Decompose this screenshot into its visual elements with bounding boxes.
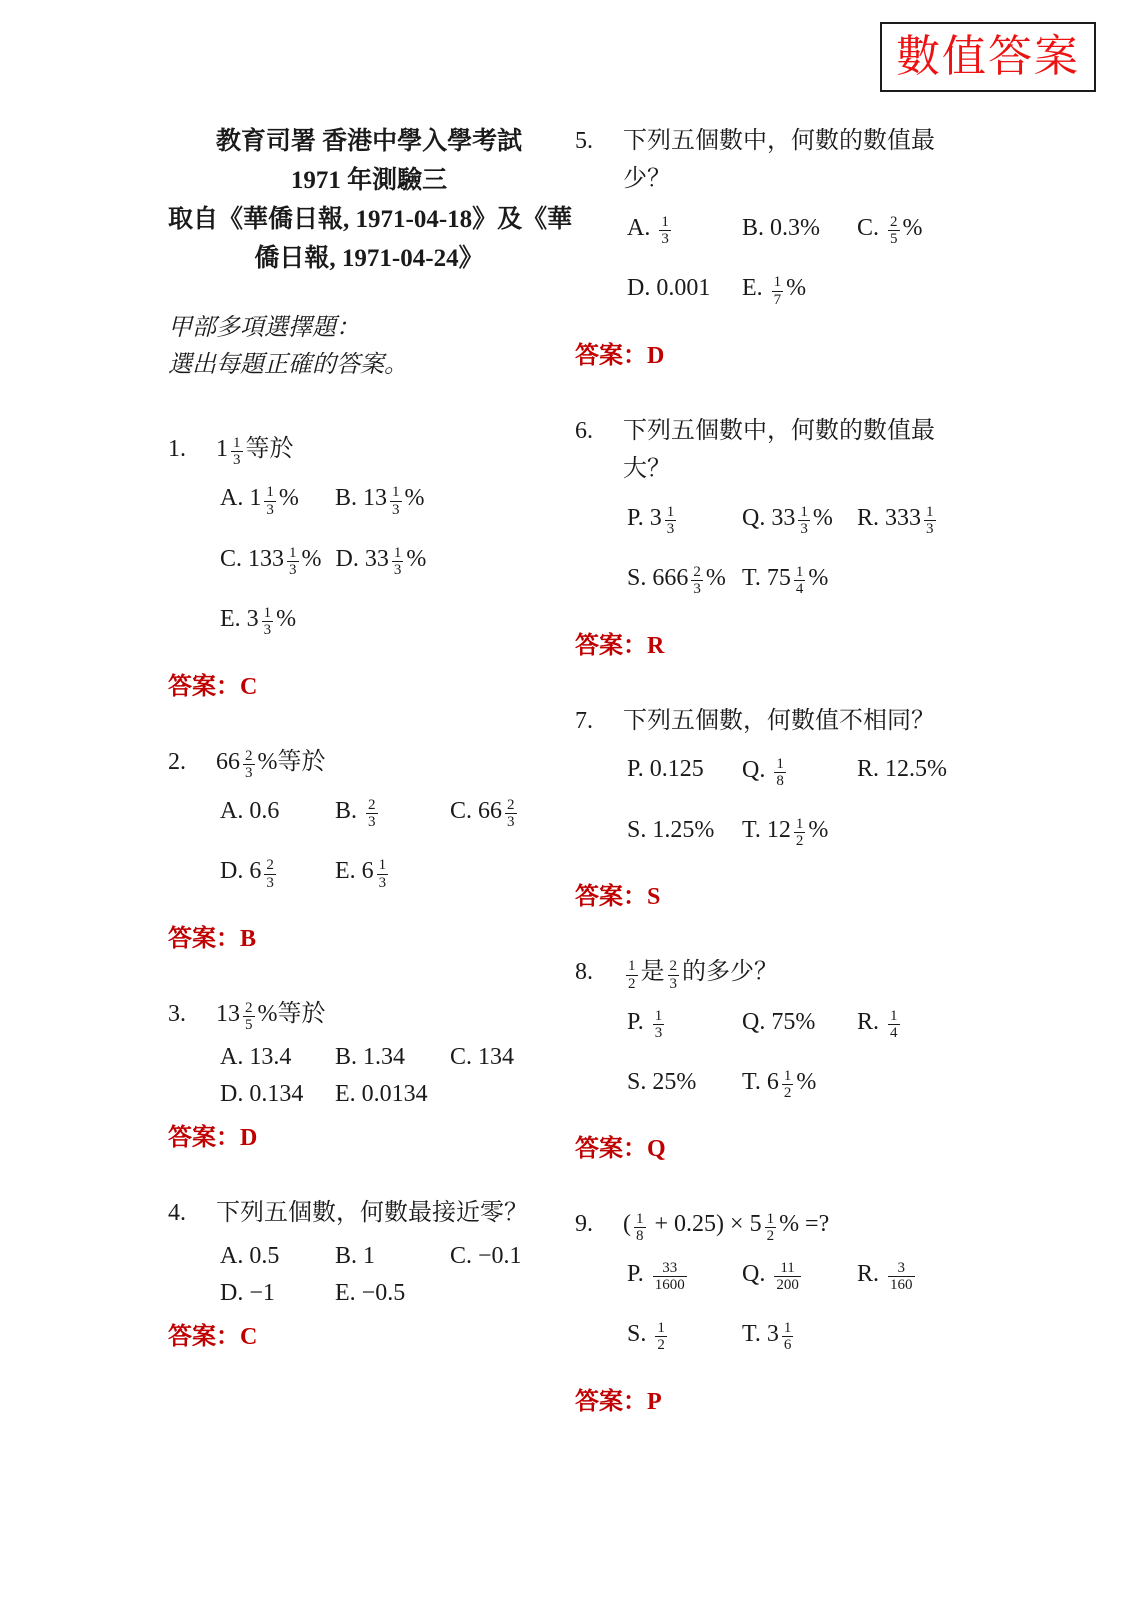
fraction: 23 [366,797,378,830]
answer-letter: D [647,343,664,369]
question-stem: 下列五個數中，何數的數值最大？ [623,412,935,488]
document-page: 數值答案 教育司署 香港中學入學考試 1971 年測驗三 取自《華僑日報, 19… [0,0,1131,1600]
fraction: 14 [888,1008,900,1041]
fraction: 12 [655,1320,667,1353]
option: D. 0.134 [220,1078,321,1111]
option-row: A. 113%B. 1313% [220,484,570,517]
fraction: 3160 [888,1260,915,1293]
fraction: 25 [243,1000,255,1033]
question-head: 9. (18 + 0.25) × 512% =? [575,1205,1035,1243]
fraction: 12 [765,1211,777,1244]
option: T. 316 [742,1320,843,1353]
option-row: A. 13.4B. 1.34C. 134 [220,1041,570,1074]
option-row: C. 13313%D. 3313% [220,545,570,578]
option: E. −0.5 [335,1277,436,1310]
question-head: 1. 113等於 [168,430,570,468]
option: S. 25% [627,1069,728,1096]
question-stem: 6623%等於 [216,743,326,781]
answer-label: 答案：C [168,666,570,701]
option-row: S. 66623%T. 7514% [627,564,1035,597]
option: S. 12 [627,1320,728,1353]
option: T. 1212% [742,816,843,849]
option-row: P. 331600Q. 11200R. 3160 [627,1260,1035,1293]
answer-letter: R [647,633,664,659]
exam-title-line-3: 取自《華僑日報, 1971-04-18》及《華 [168,200,570,239]
answer-label: 答案：R [575,625,1035,660]
question-stem-line: 大？ [623,450,935,488]
option: Q. 3313% [742,504,843,537]
question-options: P. 13Q. 75%R. 14S. 25%T. 612% [627,1008,1035,1102]
fraction: 23 [668,958,680,991]
option: B. 1 [335,1240,436,1273]
question-list-right: 5. 下列五個數中，何數的數值最少？ A. 13B. 0.3%C. 25%D. … [575,122,1035,1416]
exam-title-line-2: 1971 年測驗三 [168,161,570,200]
option: E. 17% [742,274,843,307]
answer-letter: P [647,1389,662,1415]
question-number: 4. [168,1194,216,1232]
question-number: 8. [575,953,623,991]
option: P. 13 [627,1008,728,1041]
question-stem-line: 下列五個數中，何數的數值最 [623,122,935,160]
fraction: 12 [782,1068,794,1101]
option: A. 0.6 [220,798,321,825]
question-stem-line: 下列五個數中，何數的數值最 [623,412,935,450]
question-stem-line: 113等於 [216,430,294,468]
option: A. 13 [627,214,728,247]
question-list-left: 1. 113等於 A. 113%B. 1313%C. 13313%D. 3313… [168,430,570,1351]
option-row: A. 0.5B. 1C. −0.1 [220,1240,570,1273]
answer-label: 答案：D [168,1117,570,1152]
option: Q. 18 [742,756,843,789]
instruction-line-1: 甲部多項選擇題： [168,310,570,347]
option: A. 113% [220,484,321,517]
fraction: 17 [772,274,784,307]
option: Q. 11200 [742,1260,843,1293]
question-options: P. 313Q. 3313%R. 33313S. 66623%T. 7514% [627,504,1035,598]
answer-label: 答案：C [168,1316,570,1351]
option-row: D. 623E. 613 [220,857,570,890]
answer-label: 答案：Q [575,1128,1035,1163]
question-head: 2. 6623%等於 [168,743,570,781]
question-options: A. 0.5B. 1C. −0.1D. −1E. −0.5 [220,1240,570,1310]
fraction: 13 [390,484,402,517]
fraction: 13 [665,504,677,537]
option: D. 3313% [336,545,437,578]
exam-title-line-1: 教育司署 香港中學入學考試 [168,122,570,161]
question: 1. 113等於 A. 113%B. 1313%C. 13313%D. 3313… [168,430,570,701]
option: E. 313% [220,605,321,638]
option: R. 33313 [857,504,958,537]
question: 2. 6623%等於 A. 0.6B. 23C. 6623D. 623E. 61… [168,743,570,953]
question-stem-line: 12是23的多少？ [623,953,778,991]
fraction: 18 [634,1211,646,1244]
fraction: 13 [231,435,243,468]
answer-label: 答案：B [168,918,570,953]
option-row: S. 12T. 316 [627,1320,1035,1353]
option: C. 25% [857,214,958,247]
answer-letter: D [240,1125,257,1151]
question-number: 7. [575,702,623,740]
question-stem-line: 下列五個數，何數最接近零？ [216,1194,528,1232]
fraction: 18 [774,756,786,789]
question-head: 8. 12是23的多少？ [575,953,1035,991]
fraction: 13 [924,504,936,537]
answer-label: 答案：P [575,1381,1035,1416]
exam-title: 教育司署 香港中學入學考試 1971 年測驗三 取自《華僑日報, 1971-04… [168,122,570,278]
fraction: 23 [243,748,255,781]
question: 3. 1325%等於 A. 13.4B. 1.34C. 134D. 0.134E… [168,995,570,1152]
fraction: 14 [794,564,806,597]
answer-letter: C [240,674,257,700]
answer-letter: Q [647,1136,666,1162]
option: B. 1313% [335,484,436,517]
question: 7. 下列五個數，何數值不相同？ P. 0.125Q. 18R. 12.5%S.… [575,702,1035,912]
option-row: A. 0.6B. 23C. 6623 [220,797,570,830]
question-options: P. 0.125Q. 18R. 12.5%S. 1.25%T. 1212% [627,756,1035,850]
question-stem-line: 少？ [623,160,935,198]
option: D. −1 [220,1277,321,1310]
question-options: A. 113%B. 1313%C. 13313%D. 3313%E. 313% [220,484,570,638]
option: E. 613 [335,857,436,890]
question-number: 2. [168,743,216,781]
answer-label: 答案：S [575,876,1035,911]
fraction: 23 [691,564,703,597]
fraction: 13 [653,1008,665,1041]
option-row: P. 13Q. 75%R. 14 [627,1008,1035,1041]
option: E. 0.0134 [335,1078,436,1111]
option-row: D. 0.001E. 17% [627,274,1035,307]
option: C. 134 [450,1041,551,1074]
question-stem: 下列五個數中，何數的數值最少？ [623,122,935,198]
fraction: 13 [264,484,276,517]
question-head: 3. 1325%等於 [168,995,570,1033]
answer-prefix: 答案： [168,1125,240,1151]
option-row: D. −1E. −0.5 [220,1277,570,1310]
option-row: E. 313% [220,605,570,638]
question: 6. 下列五個數中，何數的數值最大？ P. 313Q. 3313%R. 3331… [575,412,1035,660]
question: 8. 12是23的多少？ P. 13Q. 75%R. 14S. 25%T. 61… [575,953,1035,1163]
option: D. 0.001 [627,275,728,302]
fraction: 16 [782,1320,794,1353]
option: Q. 75% [742,1009,843,1036]
fraction: 13 [287,545,299,578]
question-options: A. 0.6B. 23C. 6623D. 623E. 613 [220,797,570,891]
question-number: 1. [168,430,216,468]
question-options: A. 13B. 0.3%C. 25%D. 0.001E. 17% [627,214,1035,308]
fraction: 13 [392,545,404,578]
question-stem: 1325%等於 [216,995,326,1033]
fraction: 13 [377,857,389,890]
option: A. 13.4 [220,1041,321,1074]
answer-prefix: 答案： [575,1389,647,1415]
option: T. 612% [742,1068,843,1101]
question-stem: 12是23的多少？ [623,953,778,991]
fraction: 13 [659,214,671,247]
option: R. 3160 [857,1260,958,1293]
option: D. 623 [220,857,321,890]
question-stem: 下列五個數，何數最接近零？ [216,1194,528,1232]
option: T. 7514% [742,564,843,597]
option: S. 66623% [627,564,728,597]
fraction: 11200 [774,1260,801,1293]
fraction: 331600 [653,1260,687,1293]
fraction: 23 [505,797,517,830]
answer-label: 答案：D [575,335,1035,370]
option: B. 23 [335,797,436,830]
question-options: P. 331600Q. 11200R. 3160S. 12T. 316 [627,1260,1035,1354]
fraction: 12 [626,958,638,991]
option-row: S. 1.25%T. 1212% [627,816,1035,849]
option: R. 12.5% [857,756,958,783]
option: B. 0.3% [742,215,843,242]
option: P. 0.125 [627,756,728,783]
question-stem: 113等於 [216,430,294,468]
question-stem-line: 下列五個數，何數值不相同？ [623,702,935,740]
fraction: 12 [794,816,806,849]
question-head: 5. 下列五個數中，何數的數值最少？ [575,122,1035,198]
question: 5. 下列五個數中，何數的數值最少？ A. 13B. 0.3%C. 25%D. … [575,122,1035,370]
answer-prefix: 答案： [575,633,647,659]
option: P. 313 [627,504,728,537]
answer-letter: S [647,884,660,910]
answer-prefix: 答案： [168,926,240,952]
question-stem: (18 + 0.25) × 512% =? [623,1205,829,1243]
instruction-line-2: 選出每題正確的答案。 [168,347,570,384]
right-column: 5. 下列五個數中，何數的數值最少？ A. 13B. 0.3%C. 25%D. … [575,0,1035,1458]
exam-title-line-4: 僑日報, 1971-04-24》 [168,239,570,278]
option-row: S. 25%T. 612% [627,1068,1035,1101]
answer-prefix: 答案： [575,1136,647,1162]
option-row: P. 0.125Q. 18R. 12.5% [627,756,1035,789]
answer-prefix: 答案： [575,343,647,369]
answer-prefix: 答案： [168,1324,240,1350]
fraction: 13 [262,605,274,638]
question-stem: 下列五個數，何數值不相同？ [623,702,935,740]
question-stem-line: (18 + 0.25) × 512% =? [623,1205,829,1243]
question-head: 7. 下列五個數，何數值不相同？ [575,702,1035,740]
option: R. 14 [857,1008,958,1041]
question-options: A. 13.4B. 1.34C. 134D. 0.134E. 0.0134 [220,1041,570,1111]
option: B. 1.34 [335,1041,436,1074]
option-row: D. 0.134E. 0.0134 [220,1078,570,1111]
question: 9. (18 + 0.25) × 512% =? P. 331600Q. 112… [575,1205,1035,1415]
option: C. 6623 [450,797,551,830]
question-head: 4. 下列五個數，何數最接近零？ [168,1194,570,1232]
option: C. −0.1 [450,1240,551,1273]
option: A. 0.5 [220,1240,321,1273]
answer-letter: B [240,926,256,952]
option: S. 1.25% [627,817,728,844]
answer-letter: C [240,1324,257,1350]
option: P. 331600 [627,1260,728,1293]
question-number: 3. [168,995,216,1033]
fraction: 25 [888,214,900,247]
fraction: 23 [264,857,276,890]
question-stem-line: 6623%等於 [216,743,326,781]
question-number: 5. [575,122,623,198]
option-row: P. 313Q. 3313%R. 33313 [627,504,1035,537]
left-column: 教育司署 香港中學入學考試 1971 年測驗三 取自《華僑日報, 1971-04… [168,0,570,1393]
option-row: A. 13B. 0.3%C. 25% [627,214,1035,247]
question: 4. 下列五個數，何數最接近零？ A. 0.5B. 1C. −0.1D. −1E… [168,1194,570,1351]
question-number: 6. [575,412,623,488]
option: C. 13313% [220,545,322,578]
answer-prefix: 答案： [168,674,240,700]
fraction: 13 [798,504,810,537]
section-instructions: 甲部多項選擇題： 選出每題正確的答案。 [168,310,570,384]
question-stem-line: 1325%等於 [216,995,326,1033]
answer-prefix: 答案： [575,884,647,910]
question-head: 6. 下列五個數中，何數的數值最大？ [575,412,1035,488]
question-number: 9. [575,1205,623,1243]
